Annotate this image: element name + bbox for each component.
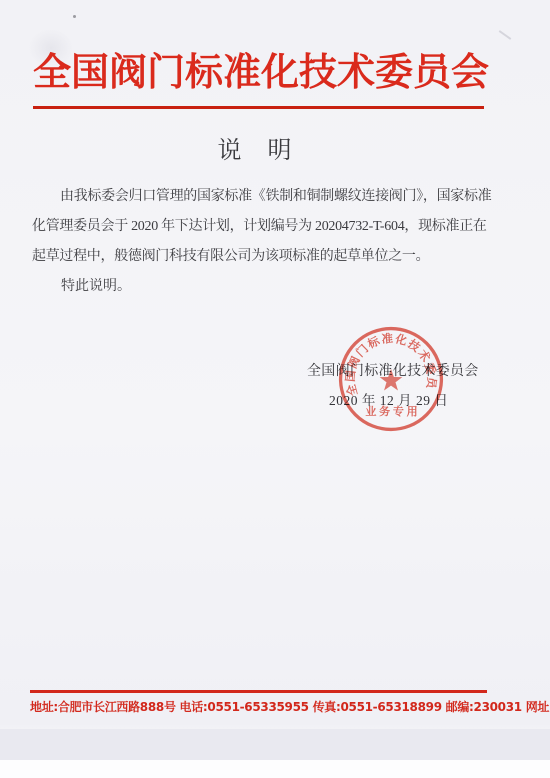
footer-contact-info: 地址:合肥市长江西路888号 电话:0551-65335955 传真:0551-… [30, 698, 492, 715]
paragraph-line: 起草过程中，般德阀门科技有限公司为该项标准的起草单位之一。 [32, 242, 502, 272]
document-heading: 说 明 [105, 130, 405, 165]
paragraph-line: 化管理委员会于 2020 年下达计划，计划编号为 20204732-T-604，… [32, 212, 502, 242]
paragraph-line: 由我标委会归口管理的国家标准《铁制和铜制螺纹连接阀门》，国家标准 [32, 182, 502, 212]
scan-speck [73, 15, 76, 18]
letterhead-title: 全国阀门标准化技术委员会 [33, 50, 485, 96]
closing-statement: 特此说明。 [61, 276, 131, 298]
scan-mark [499, 30, 512, 40]
signature-organization: 全国阀门标准化技术委员会 [307, 360, 479, 380]
scanned-document-page: 全国阀门标准化技术委员会 说 明 由我标委会归口管理的国家标准《铁制和铜制螺纹连… [0, 0, 550, 778]
signature-date: 2020 年 12 月 29 日 [329, 389, 448, 409]
body-paragraph: 由我标委会归口管理的国家标准《铁制和铜制螺纹连接阀门》，国家标准 化管理委员会于… [32, 182, 502, 272]
scan-edge-white [0, 760, 550, 778]
letterhead-rule [33, 106, 484, 109]
footer-rule [30, 690, 487, 693]
scan-edge-shadow [0, 729, 550, 760]
